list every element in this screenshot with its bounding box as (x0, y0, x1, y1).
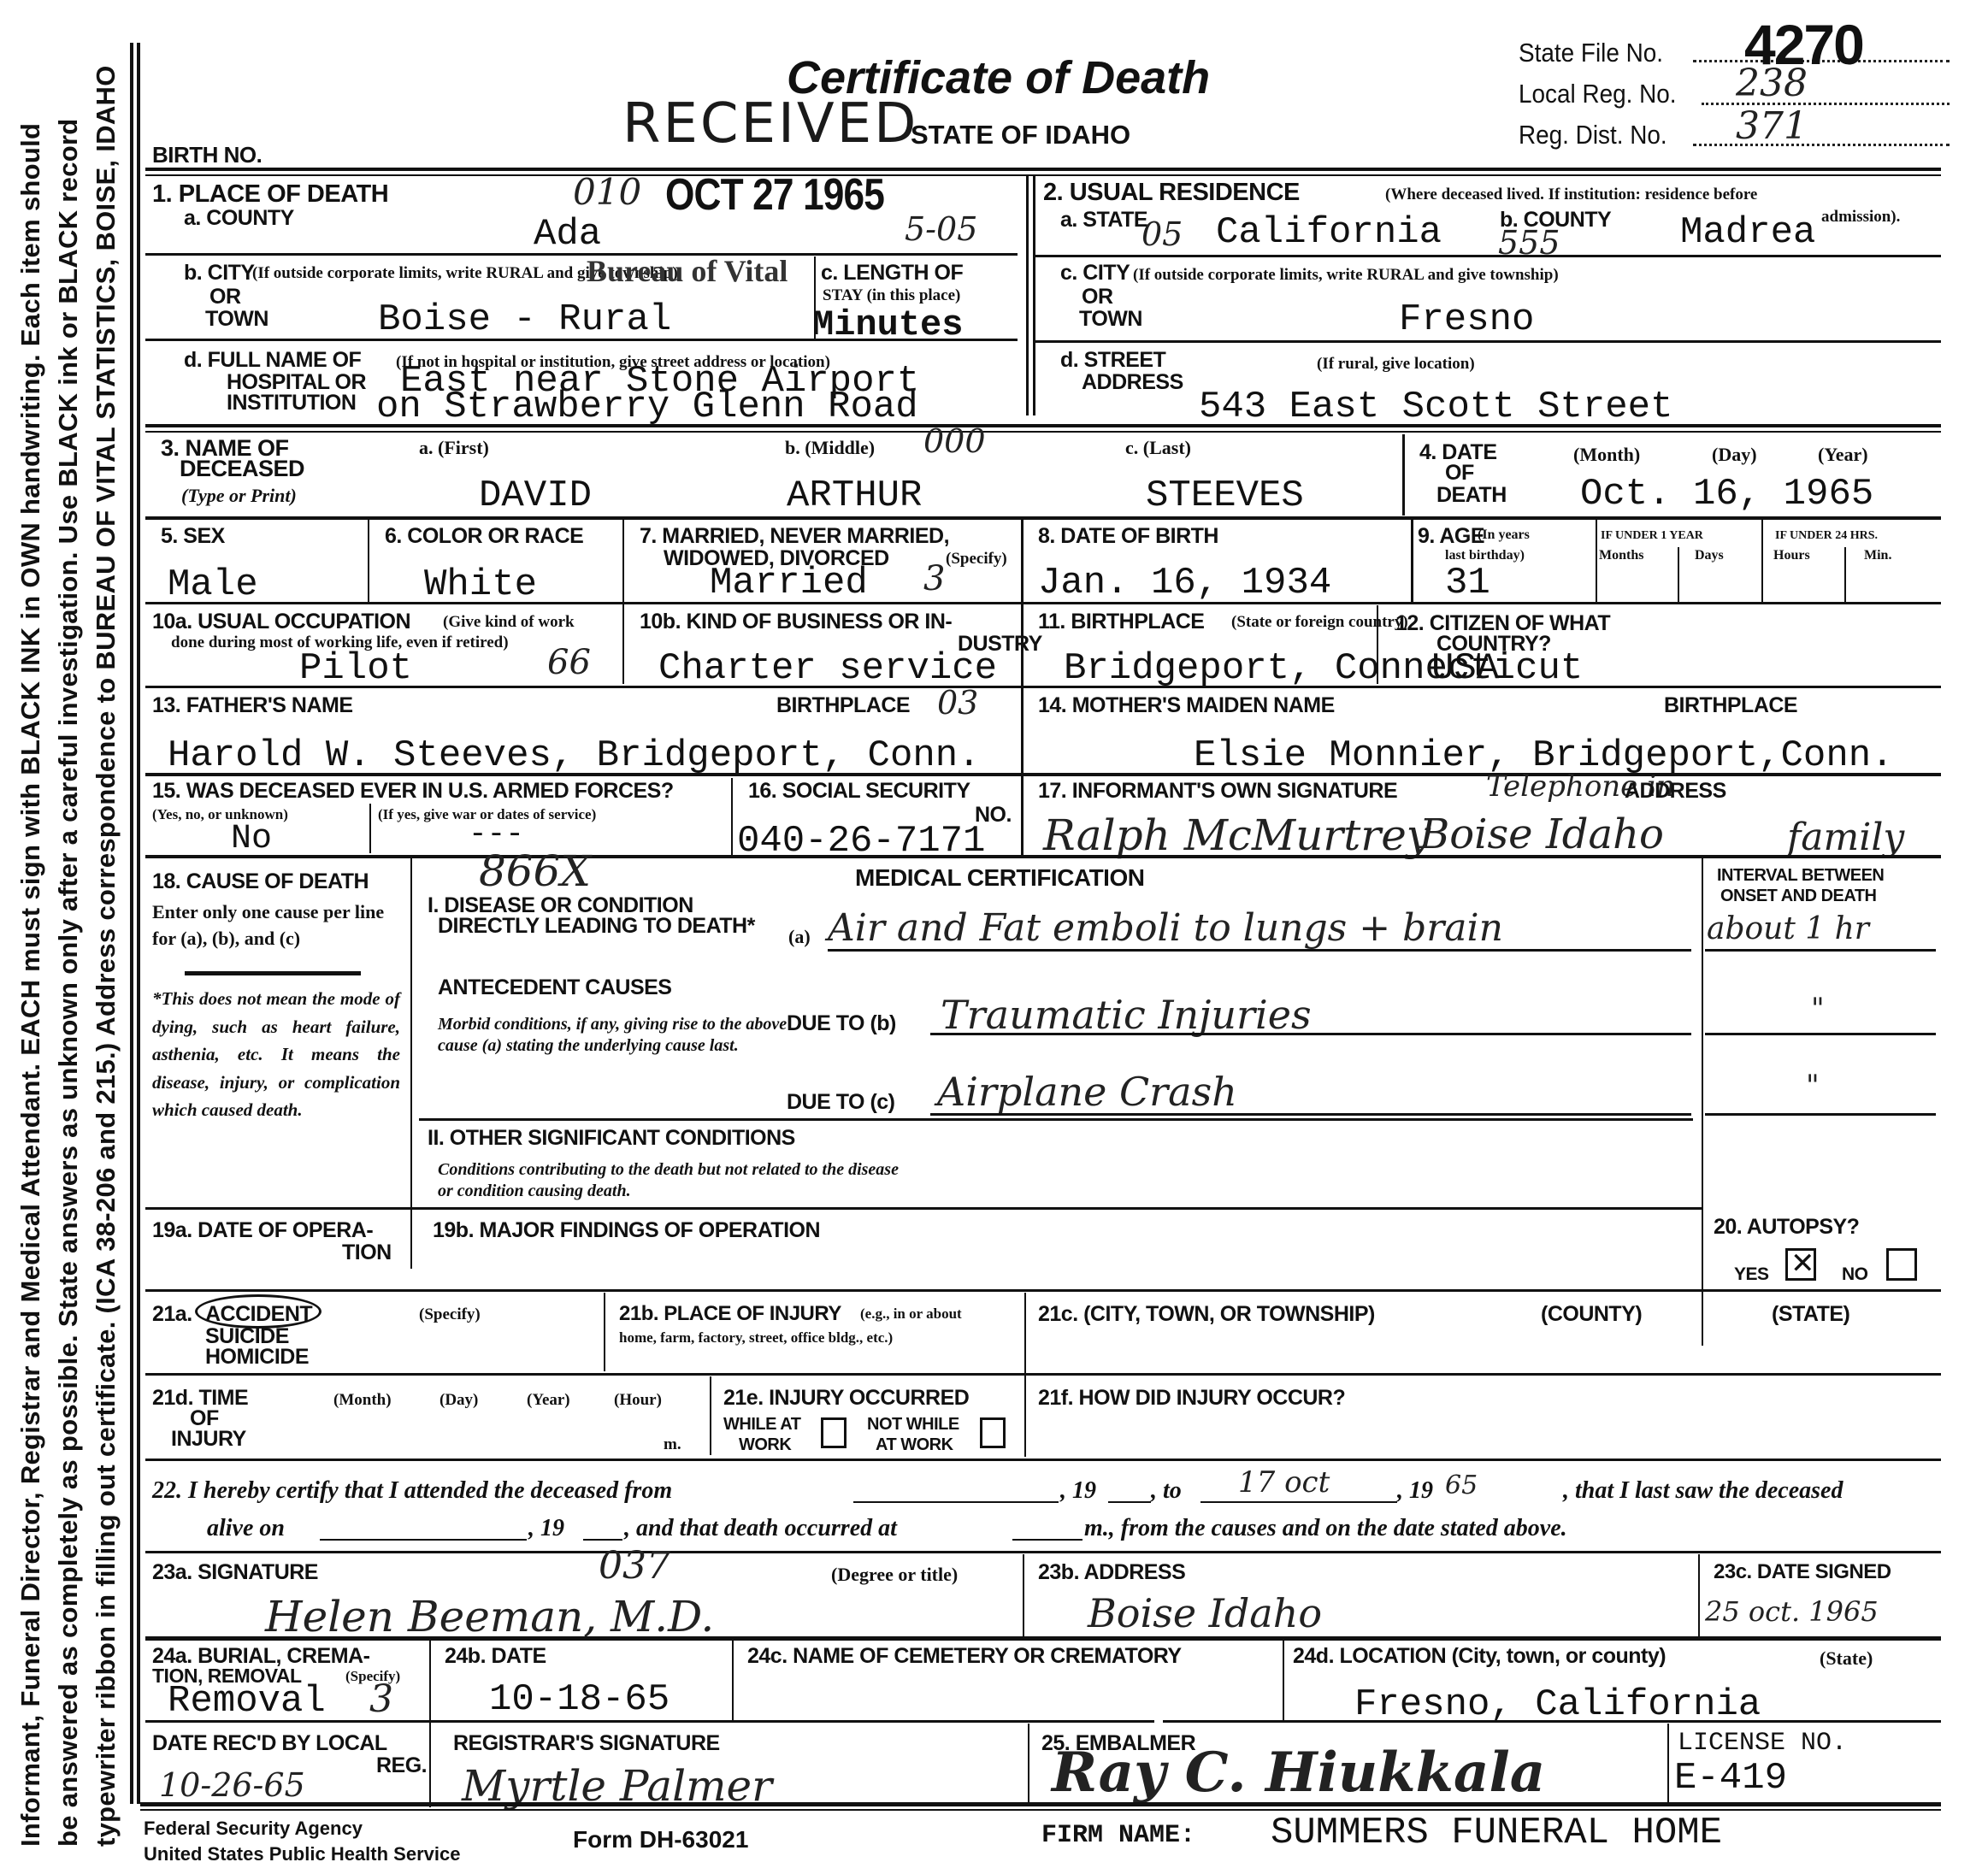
disposition-date-label: 24b. DATE (445, 1645, 546, 1667)
cert-line1-b: , 19 (1060, 1476, 1096, 1506)
local-reg-value: 238 (1736, 62, 1808, 105)
street-value: 543 East Scott Street (1199, 388, 1673, 426)
time-month-label: (Month) (333, 1392, 392, 1409)
divider-under-year (1761, 520, 1763, 602)
interval-c-line (1705, 1113, 1936, 1116)
age-value: 31 (1445, 564, 1490, 602)
time-year-label: (Year) (527, 1392, 570, 1409)
injury-city-label: 21c. (CITY, TOWN, OR TOWNSHIP) (1038, 1303, 1375, 1325)
armed-forces-value: No (231, 822, 272, 857)
reg-dist-dots (1693, 144, 1950, 146)
under-year-label: IF UNDER 1 YEAR (1601, 530, 1703, 543)
local-reg-label: Local Reg. No. (1519, 79, 1677, 109)
due-to-c-label: DUE TO (c) (787, 1091, 895, 1113)
cert-year-value: 65 (1445, 1470, 1478, 1500)
part2-note: Conditions contributing to the death but… (438, 1159, 917, 1202)
instruction-line-2: be answered as completely as possible. S… (53, 118, 84, 1847)
date-signed-value: 25 oct. 1965 (1705, 1595, 1879, 1628)
medical-certification-label: MEDICAL CERTIFICATION (855, 865, 1144, 890)
injury-state-label: (STATE) (1772, 1303, 1849, 1325)
age-label: 9. AGE (1418, 525, 1484, 547)
sex-label: 5. SEX (161, 525, 225, 547)
street-note: (If rural, give location) (1317, 356, 1475, 373)
marital-value: Married (710, 564, 868, 602)
time-of-injury-label-3: INJURY (171, 1428, 246, 1450)
cert-line2-b: , 19 (528, 1513, 564, 1544)
length-label: c. LENGTH OF (821, 262, 963, 284)
physician-degree-label: (Degree or title) (831, 1565, 958, 1584)
instruction-line-3: typewriter ribbon in filling out certifi… (91, 65, 121, 1847)
middle-name-value: ARTHUR (787, 477, 922, 515)
county-code: 010 (573, 171, 641, 213)
cert-line2-c: , and that death occurred at (624, 1513, 897, 1544)
top-rule (145, 168, 1941, 171)
father-birthplace-code: 03 (937, 684, 978, 722)
cert-alive-blank (320, 1539, 527, 1541)
business-value: Charter service (658, 650, 997, 687)
sex-value: Male (168, 566, 258, 604)
cause-c-value: Airplane Crash (937, 1069, 1237, 1115)
business-label: 10b. KIND OF BUSINESS OR IN- (640, 610, 952, 633)
mother-birthplace-label: BIRTHPLACE (1664, 694, 1797, 716)
residence-county-value: Madrea (1680, 214, 1815, 251)
rule-1b (145, 339, 1018, 341)
cause-b-line (930, 1033, 1691, 1035)
rule-11 (145, 1373, 1941, 1376)
how-injury-occurred-label: 21f. HOW DID INJURY OCCUR? (1038, 1387, 1345, 1409)
informant-signature: Ralph McMurtrey (1043, 810, 1431, 860)
divider-23a-23b (1023, 1554, 1024, 1640)
antecedent-note: Morbid conditions, if any, giving rise t… (438, 1014, 788, 1057)
registrar-signature-label: REGISTRAR'S SIGNATURE (453, 1732, 720, 1754)
residence-city-or: OR (1082, 286, 1113, 308)
divider-1-2 (1026, 176, 1029, 415)
cemetery-label: 24c. NAME OF CEMETERY OR CREMATORY (747, 1645, 1182, 1667)
divider-24c-24d (1283, 1640, 1284, 1720)
operation-findings-label: 19b. MAJOR FINDINGS OF OPERATION (433, 1219, 820, 1241)
reg-dist-label: Reg. Dist. No. (1519, 120, 1667, 150)
side-instructions: Informant, Funeral Director, Registrar a… (0, 0, 141, 1874)
occupation-value: Pilot (299, 650, 412, 687)
cause-instructions: Enter only one cause per line for (a), (… (152, 899, 400, 952)
social-security-label: 16. SOCIAL SECURITY (748, 780, 970, 802)
cert-time-blank (1012, 1539, 1082, 1541)
residence-city-value: Fresno (1399, 301, 1534, 339)
injury-accident: ACCIDENT (205, 1303, 312, 1325)
father-value: Harold W. Steeves, Bridgeport, Conn. (168, 737, 981, 775)
father-label: 13. FATHER'S NAME (152, 694, 353, 716)
divider-date-of-death (1402, 434, 1405, 516)
hours-label: Hours (1773, 549, 1810, 563)
autopsy-no-checkbox[interactable] (1886, 1248, 1917, 1281)
occupation-label: 10a. USUAL OCCUPATION (152, 610, 410, 633)
cert-line1-e: , that I last saw the deceased (1563, 1476, 1843, 1506)
birthplace-note: (State or foreign country) (1231, 614, 1408, 631)
armed-forces-label: 15. WAS DECEASED EVER IN U.S. ARMED FORC… (152, 780, 674, 802)
days-label: Days (1695, 549, 1724, 563)
divider-dob (1411, 520, 1413, 602)
divider-months-days (1678, 547, 1679, 602)
embalmer-signature: Ray C. Hiukkala (1052, 1741, 1545, 1805)
date-of-death-value: Oct. 16, 1965 (1580, 475, 1873, 513)
residence-state-value: California (1216, 214, 1442, 251)
divider-armed-yes-no (369, 804, 371, 853)
middle-name-label: b. (Middle) (785, 438, 875, 457)
mother-label: 14. MOTHER'S MAIDEN NAME (1038, 694, 1335, 716)
while-at-work-label: WHILE AT (723, 1416, 800, 1434)
interval-label: INTERVAL BETWEEN (1717, 867, 1884, 885)
injury-homicide: HOMICIDE (205, 1346, 309, 1368)
while-at-work-checkbox[interactable] (821, 1417, 847, 1448)
antecedent-label: ANTECEDENT CAUSES (438, 976, 671, 999)
dob-label: 8. DATE OF BIRTH (1038, 525, 1218, 547)
divider-24b-24c (732, 1640, 734, 1720)
residence-state-code: 05 (1141, 215, 1183, 253)
time-day-label: (Day) (439, 1392, 478, 1409)
license-label: LICENSE NO. (1678, 1729, 1847, 1758)
bottom-rule-2 (140, 1809, 1941, 1811)
rule-3 (145, 424, 1941, 427)
divider-embalmer-license (1667, 1724, 1669, 1802)
part2-label: II. OTHER SIGNIFICANT CONDITIONS (428, 1127, 795, 1149)
operation-date-label-2: TION (342, 1241, 392, 1264)
informant-address-label: ADDRESS (1625, 780, 1726, 802)
cause-c-line (930, 1113, 1691, 1116)
instruction-line-1: Informant, Funeral Director, Registrar a… (15, 123, 46, 1847)
cause-of-death-label: 18. CAUSE OF DEATH (152, 870, 369, 893)
disposition-date-value: 10-18-65 (489, 1681, 670, 1718)
middle-name-code: 000 (923, 422, 986, 460)
date-recd-value: 10-26-65 (159, 1766, 305, 1804)
autopsy-yes-label: YES (1734, 1265, 1769, 1284)
city-label: b. CITY (184, 262, 255, 284)
while-at-work-label-2: WORK (739, 1436, 791, 1454)
cert-to-value: 17 oct (1238, 1465, 1330, 1500)
cert-from-year-blank (1108, 1501, 1151, 1503)
rule-14 (145, 1636, 1941, 1641)
physician-address-value: Boise Idaho (1088, 1590, 1322, 1636)
instruction-rule (185, 971, 361, 975)
divider-hours-min (1844, 547, 1846, 602)
rule-3b (145, 431, 1941, 433)
cert-line2-d: m., from the causes and on the date stat… (1084, 1513, 1567, 1544)
length-label-2: STAY (in this place) (823, 287, 960, 304)
dod-day-label: (Day) (1712, 445, 1757, 464)
cause-b-value: Traumatic Injuries (941, 992, 1312, 1038)
hospital-label: d. FULL NAME OF (184, 349, 361, 371)
place-of-death-label: 1. PLACE OF DEATH (152, 181, 388, 207)
city-town: TOWN (205, 308, 268, 330)
marital-code: 3 (923, 559, 945, 598)
divider-age (1596, 520, 1597, 602)
hospital-label-3: INSTITUTION (227, 392, 356, 414)
min-label: Min. (1864, 549, 1891, 563)
cert-to-blank (1200, 1501, 1397, 1503)
autopsy-label: 20. AUTOPSY? (1714, 1216, 1859, 1238)
rule-15b (1163, 1720, 1941, 1723)
state-file-label: State File No. (1519, 38, 1663, 68)
cause-a-line (828, 949, 1691, 952)
firm-label: FIRM NAME: (1041, 1821, 1195, 1850)
hospital-value-line2: on Strawberry Glenn Road (376, 388, 918, 426)
interval-label-2: ONSET AND DEATH (1720, 887, 1877, 905)
not-while-at-work-checkbox[interactable] (980, 1417, 1006, 1448)
received-stamp: RECEIVED (622, 92, 918, 156)
injury-type-label: 21a. (152, 1303, 192, 1325)
last-name-value: STEEVES (1146, 477, 1304, 515)
race-label: 6. COLOR OR RACE (385, 525, 583, 547)
top-rule-2 (145, 174, 1941, 176)
cause-footnote: *This does not mean the mode of dying, s… (152, 985, 400, 1124)
rule-4 (145, 516, 1941, 520)
usual-residence-note2: admission). (1821, 209, 1900, 226)
location-state-label: (State) (1820, 1648, 1873, 1668)
rule-8 (145, 855, 1941, 858)
last-name-label: c. (Last) (1125, 438, 1191, 457)
county-label: a. COUNTY (184, 207, 294, 229)
injury-specify: (Specify) (419, 1306, 481, 1323)
citizen-value: USA (1431, 650, 1499, 687)
frame-border-left (130, 43, 133, 1804)
footer-service: United States Public Health Service (144, 1843, 460, 1865)
rule-part2 (419, 1118, 1693, 1121)
father-birthplace-label: BIRTHPLACE (776, 694, 910, 716)
cert-line1-a: 22. I hereby certify that I attended the… (152, 1476, 672, 1506)
divider-21d-21e (710, 1376, 711, 1455)
firm-value: SUMMERS FUNERAL HOME (1271, 1814, 1722, 1852)
part1-label-2: DIRECTLY LEADING TO DEATH* (438, 915, 755, 937)
divider-21a-21b (604, 1293, 605, 1371)
county-value: Ada (534, 215, 601, 253)
cause-a-label: (a) (788, 927, 811, 946)
place-of-injury-note: (e.g., in or about (860, 1306, 962, 1322)
divider-23b-23c (1698, 1554, 1700, 1640)
cert-line2-a: alive on (207, 1513, 285, 1544)
dob-value: Jan. 16, 1934 (1038, 564, 1331, 602)
burial-code: 3 (369, 1677, 393, 1721)
dod-month-label: (Month) (1573, 445, 1640, 464)
cert-alive-year-blank (583, 1539, 622, 1541)
license-value: E-419 (1674, 1759, 1787, 1797)
usual-residence-label: 2. USUAL RESIDENCE (1043, 180, 1300, 205)
months-label: Months (1599, 549, 1643, 563)
race-value: White (424, 566, 537, 604)
bureau-stamp: Bureau of Vital (587, 253, 788, 289)
birthplace-label: 11. BIRTHPLACE (1038, 610, 1204, 633)
cert-line1-c: , to (1151, 1476, 1182, 1506)
frame-border-left-inner (137, 43, 140, 1804)
date-of-death-label-2: OF (1445, 462, 1474, 484)
city-value: Boise - Rural (378, 301, 671, 339)
bottom-rule (140, 1802, 1941, 1806)
location-label: 24d. LOCATION (City, town, or county) (1293, 1645, 1666, 1667)
usual-residence-note: (Where deceased lived. If institution: r… (1385, 186, 1757, 203)
city-or: OR (209, 286, 241, 308)
residence-city-note: (If outside corporate limits, write RURA… (1133, 267, 1559, 284)
form-number: Form DH-63021 (573, 1826, 748, 1853)
injury-occurred-label: 21e. INJURY OCCURRED (723, 1387, 969, 1409)
divider-armed-ss (731, 778, 733, 857)
interval-b-line (1705, 1033, 1936, 1035)
armed-forces-service-value: --- (469, 819, 524, 850)
cert-line1-d: , 19 (1397, 1476, 1433, 1506)
rule-10 (145, 1289, 1941, 1292)
informant-relation: family (1787, 816, 1904, 859)
residence-city-label: c. CITY (1060, 262, 1130, 284)
dod-year-label: (Year) (1818, 445, 1868, 464)
first-name-label: a. (First) (419, 438, 489, 457)
rule-13 (145, 1551, 1941, 1553)
rule-2a (1035, 255, 1941, 257)
autopsy-no-label: NO (1842, 1265, 1868, 1284)
occupation-note: (Give kind of work (443, 614, 575, 631)
divider-interval (1702, 858, 1703, 1346)
informant-address-value: Boise Idaho (1419, 810, 1664, 858)
time-m-label: m. (664, 1436, 681, 1453)
residence-city-town: TOWN (1079, 308, 1142, 330)
county-annotation: 5-05 (905, 210, 977, 248)
street-label: d. STREET (1060, 349, 1165, 371)
autopsy-yes-checkbox[interactable] (1785, 1248, 1816, 1281)
rule-12 (145, 1459, 1941, 1461)
cause-code: 866X (479, 846, 591, 896)
name-of-deceased-label-2: DECEASED (180, 457, 304, 480)
rule-6 (145, 686, 1941, 688)
under-hours-label: IF UNDER 24 HRS. (1775, 530, 1878, 543)
cause-a-value: Air and Fat emboli to lungs + brain (828, 906, 1503, 950)
divider-marital (1021, 520, 1023, 857)
first-name-value: DAVID (479, 477, 592, 515)
place-of-injury-note-2: home, farm, factory, street, office bldg… (619, 1330, 893, 1346)
footer-agency: Federal Security Agency (144, 1818, 363, 1840)
birth-no-label: BIRTH NO. (152, 144, 262, 167)
cert-from-blank (853, 1501, 1059, 1503)
received-date-stamp: OCT 27 1965 (665, 169, 884, 221)
occupation-code: 66 (547, 643, 591, 682)
type-or-print-note: (Type or Print) (181, 484, 297, 509)
physician-signature-value: Helen Beeman, M.D. (265, 1592, 714, 1641)
injury-county-label: (COUNTY) (1541, 1303, 1642, 1325)
rule-1a (145, 253, 1018, 256)
divider-registrar-embalmer (1028, 1724, 1029, 1802)
residence-state-label: a. STATE (1060, 209, 1147, 231)
location-value: Fresno, California (1354, 1686, 1761, 1724)
physician-signature-label: 23a. SIGNATURE (152, 1561, 318, 1583)
rule-2b (1035, 340, 1941, 343)
age-note: (In years (1478, 528, 1530, 543)
date-signed-label: 23c. DATE SIGNED (1714, 1561, 1891, 1582)
not-while-at-work-label-2: AT WORK (876, 1436, 953, 1454)
not-while-at-work-label: NOT WHILE (867, 1416, 959, 1434)
interval-a-value: about 1 hr (1707, 911, 1869, 946)
interval-b-value: " (1811, 992, 1825, 1026)
divider-sex (368, 520, 369, 602)
divider-1-2b (1033, 176, 1035, 415)
physician-address-label: 23b. ADDRESS (1038, 1561, 1185, 1583)
street-label-2: ADDRESS (1082, 371, 1183, 393)
rule-9 (145, 1207, 1702, 1210)
rule-5 (145, 602, 1941, 604)
marital-label: 7. MARRIED, NEVER MARRIED, (640, 525, 949, 547)
interval-a-line (1705, 949, 1936, 952)
interval-c-value: " (1806, 1069, 1820, 1103)
date-recd-label-2: REG. (376, 1754, 427, 1777)
operation-date-label: 19a. DATE OF OPERA- (152, 1219, 373, 1241)
page-subtitle: STATE OF IDAHO (911, 120, 1130, 150)
burial-value: Removal (168, 1682, 326, 1720)
time-hour-label: (Hour) (614, 1392, 662, 1409)
place-of-injury-label: 21b. PLACE OF INJURY (619, 1303, 841, 1324)
marital-note: (Specify) (946, 551, 1007, 568)
rule-15a (145, 1720, 1154, 1723)
reg-dist-value: 371 (1736, 104, 1808, 148)
physician-code: 037 (599, 1544, 670, 1588)
date-of-death-label-3: DEATH (1436, 484, 1507, 506)
date-recd-label: DATE REC'D BY LOCAL (152, 1732, 387, 1754)
informant-label: 17. INFORMANT'S OWN SIGNATURE (1038, 780, 1397, 802)
divider-24a-24b (429, 1640, 431, 1807)
due-to-b-label: DUE TO (b) (787, 1012, 896, 1034)
